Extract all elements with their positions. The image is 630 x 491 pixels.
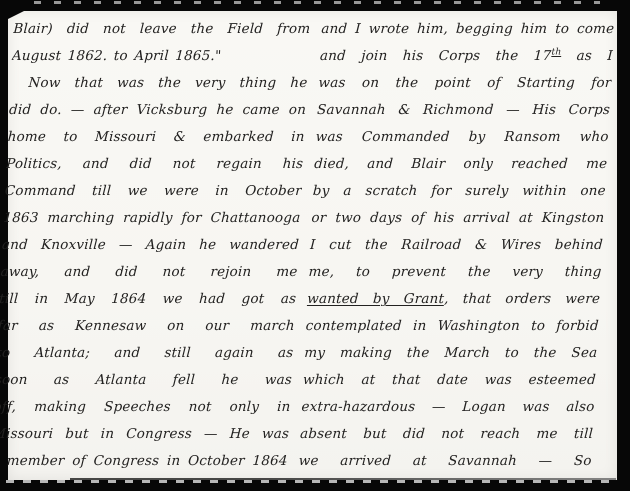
manuscript-line: I cut the Railroad & Wires behind [309,232,603,259]
manuscript-line: was Commanded by Ransom who [315,124,609,151]
manuscript-line: and Knoxville — Again he wandered [1,232,299,259]
manuscript-line: was on the point of Starting for [318,70,612,97]
scan-frame: Blair) did not leave the Field fromAugus… [0,0,630,491]
manuscript-line: August 1862. to April 1865." [11,43,309,70]
superscript-ordinal: th [551,48,561,58]
manuscript-line: did do. — after Vicksburg he came on [8,97,306,124]
manuscript-line: Blair) did not leave the Field from [13,16,311,43]
manuscript-line: absent but did not reach me till [299,421,593,448]
manuscript-line: Savannah & Richmond — His Corps [316,97,610,124]
manuscript-line: Now that was the very thing he [10,70,308,97]
manuscript-line: home to Missouri & embarked in [7,124,305,151]
manuscript-line: my making the March to the Sea [304,340,598,367]
manuscript-line: off, making Speeches not only in [0,394,291,421]
manuscript-line: which at that date was esteemed [302,367,596,394]
manuscript-line: a member of Congress in October 1864 [0,448,288,475]
scan-edge-artifact-top [34,1,600,4]
manuscript-line: soon as Atlanta fell he was [0,367,293,394]
manuscript-line: till in May 1864 we had got as [0,286,297,313]
manuscript-line: and I wrote him, begging him to come [321,16,615,43]
manuscript-line: died, and Blair only reached me [314,151,608,178]
manuscript-line: far as Kennesaw on our march [0,313,295,340]
scan-edge-artifact-bottom [6,480,616,483]
manuscript-line: me, to prevent the very thing [308,259,602,286]
manuscript-line: Missouri but in Congress — He was [0,421,290,448]
manuscript-line: to Atlanta; and still again as [0,340,294,367]
manuscript-line: Command till we were in October [4,178,302,205]
manuscript-line: 1863 marching rapidly for Chattanooga [3,205,301,232]
manuscript-line: we arrived at Savannah — So [298,448,592,475]
underlined-phrase: wanted by Grant [307,291,445,307]
manuscript-line: Politics, and did not regain his [6,151,304,178]
manuscript-line: wanted by Grant, that orders were [306,286,600,313]
manuscript-line: by a scratch for surely within one [312,178,606,205]
manuscript-page: Blair) did not leave the Field fromAugus… [8,11,617,480]
manuscript-line: extra-hazardous — Logan was also [301,394,595,421]
left-column: Blair) did not leave the Field fromAugus… [0,16,311,475]
manuscript-line: contemplated in Washington to forbid [305,313,599,340]
manuscript-line: and join his Corps the 17th as I [319,43,613,70]
right-column: and I wrote him, begging him to comeand … [298,16,615,475]
manuscript-line: or two days of his arrival at Kingston [311,205,605,232]
manuscript-line: away, and did not rejoin me [0,259,298,286]
